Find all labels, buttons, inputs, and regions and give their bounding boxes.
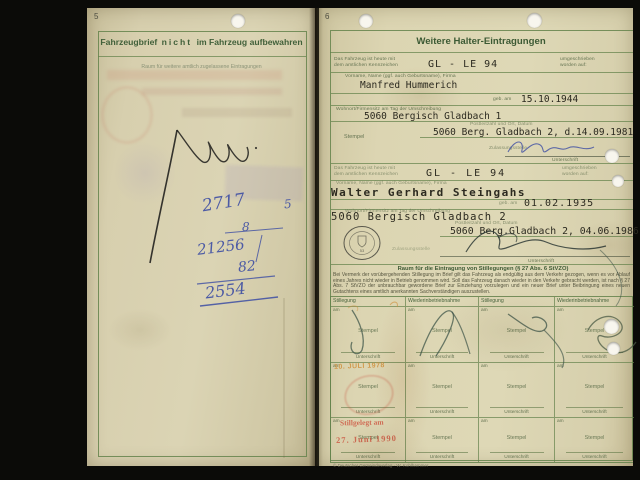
born-value-1: 15.10.1944: [521, 94, 578, 105]
stillgelegt-stamp: Stillgelegt am: [340, 418, 384, 428]
table-cell: am Stempel Unterschrift: [331, 363, 406, 418]
label-vehicle-2b: dem amtlichen Kennzeichen: [334, 172, 398, 178]
table-cell: am Stempel Unterschrift: [555, 307, 634, 363]
am-label: am: [481, 308, 488, 313]
unterschrift-label: Unterschrift: [406, 355, 478, 360]
title-post: im Fahrzeug aufbewahren: [197, 37, 303, 47]
label-born-1: geb. am: [493, 97, 511, 103]
signature-line: [341, 352, 394, 353]
label-office-2: Zulassungsstelle: [392, 247, 430, 253]
unterschrift-label: Unterschrift: [479, 455, 554, 460]
column-header: Wiederinbetriebnahme: [406, 297, 479, 307]
left-page-subtitle: Raum für weitere amtlich zugelassene Ein…: [99, 64, 304, 70]
plate-value-2: GL - LE 94: [426, 168, 506, 179]
signature-line: [566, 452, 623, 453]
punch-hole: [231, 14, 245, 28]
label-name-1: Vorname, Name (ggf. auch Geburtsname), F…: [345, 74, 456, 80]
date-stamp-1990: 27. Juni 1990: [336, 433, 397, 445]
label-stamp-1: Stempel: [344, 134, 364, 140]
document-photo: 5 Fahrzeugbrief nicht im Fahrzeug aufbew…: [0, 0, 640, 480]
unterschrift-label: Unterschrift: [479, 410, 554, 415]
signature-line: [566, 407, 623, 408]
am-label: am: [408, 419, 415, 424]
signature-line: [490, 352, 544, 353]
page-number-left: 5: [94, 12, 98, 21]
table-cell: am Stempel Unterschrift: [406, 418, 479, 462]
name-value-1: Manfred Hummerich: [360, 80, 457, 91]
punch-hole: [359, 14, 373, 28]
punch-hole: [607, 342, 620, 355]
signature-line: [416, 452, 468, 453]
unterschrift-label: Unterschrift: [555, 410, 634, 415]
name-value-2: Walter Gerhard Steingahs: [331, 186, 526, 199]
am-label: am: [557, 364, 564, 369]
stempel-label: Stempel: [555, 328, 634, 334]
am-label: am: [557, 419, 564, 424]
signature-line: [490, 407, 544, 408]
title-pre: Fahrzeugbrief: [100, 37, 157, 47]
stempel-label: Stempel: [555, 435, 634, 441]
stempel-label: Stempel: [331, 384, 405, 390]
stillegung-legal-text: Bei Vermerk der vorübergehenden Stillegu…: [333, 273, 630, 295]
unterschrift-label: Unterschrift: [331, 355, 405, 360]
label-vehicle-1a: Das Fahrzeug ist heute mit: [334, 57, 395, 63]
printer-imprint: © Deutscher Gemeindeverlag · W. Kohlhamm…: [333, 463, 428, 468]
label-transfer-1b: worden auf:: [560, 63, 587, 69]
stempel-label: Stempel: [479, 328, 554, 334]
table-cell: am Stempel Unterschrift: [479, 418, 555, 462]
stempel-label: Stempel: [406, 328, 478, 334]
table-cell: am Stempel Unterschrift: [331, 307, 406, 363]
born-value-2: 01.02.1935: [524, 198, 594, 209]
punch-hole: [612, 175, 624, 187]
left-page-title: Fahrzeugbrief nicht im Fahrzeug aufbewah…: [99, 37, 304, 47]
unterschrift-label: Unterschrift: [406, 455, 478, 460]
column-header: Stillegung: [479, 297, 555, 307]
punch-hole: [604, 319, 619, 334]
column-header: Stillegung: [331, 297, 406, 307]
signature-line: [490, 452, 544, 453]
table-cell: am Stempel Unterschrift: [406, 363, 479, 418]
handwritten-number: 8: [242, 220, 250, 234]
label-transfer-1a: umgeschrieben: [560, 57, 595, 63]
signature-line: [416, 352, 468, 353]
table-cell: am Stempel Unterschrift: [479, 363, 555, 418]
signature-line: [341, 407, 394, 408]
am-label: am: [333, 419, 340, 424]
unterschrift-label: Unterschrift: [555, 355, 634, 360]
plate-value-1: GL - LE 94: [428, 59, 498, 70]
am-label: am: [557, 308, 564, 313]
left-page: 5 Fahrzeugbrief nicht im Fahrzeug aufbew…: [87, 8, 315, 466]
signature-line: [416, 407, 468, 408]
label-transfer-2a: umgeschrieben: [562, 166, 597, 172]
stempel-label: Stempel: [479, 384, 554, 390]
label-vehicle-2a: Das Fahrzeug ist heute mit: [334, 166, 395, 172]
unterschrift-label: Unterschrift: [406, 410, 478, 415]
table-cell: am Stempel Unterschrift: [406, 307, 479, 363]
label-office-1: Zulassungsstelle: [489, 146, 527, 152]
am-label: am: [481, 419, 488, 424]
signature-line: [341, 452, 394, 453]
table-cell: am Stempel Unterschrift: [479, 307, 555, 363]
unterschrift-label: Unterschrift: [479, 355, 554, 360]
stempel-label: Stempel: [555, 384, 634, 390]
page-number-right: 6: [325, 12, 329, 21]
am-label: am: [408, 308, 415, 313]
stempel-label: Stempel: [331, 328, 405, 334]
unterschrift-label: Unterschrift: [331, 455, 405, 460]
unterschrift-label: Unterschrift: [555, 455, 634, 460]
punch-hole: [527, 13, 542, 28]
title-emph: nicht: [162, 37, 193, 47]
am-label: am: [333, 308, 340, 313]
stempel-label: Stempel: [406, 435, 478, 441]
unterschrift-label: Unterschrift: [331, 410, 405, 415]
stempel-label: Stempel: [406, 384, 478, 390]
punch-hole: [605, 149, 619, 163]
table-cell: am Stempel Unterschrift: [555, 363, 634, 418]
column-header: Wiederinbetriebnahme: [555, 297, 634, 307]
am-label: am: [408, 364, 415, 369]
label-born-2: geb. am: [499, 201, 517, 207]
am-label: am: [481, 364, 488, 369]
right-page-title: Weitere Halter-Eintragungen: [331, 36, 631, 47]
handwritten-number: 5: [283, 197, 292, 212]
handwritten-number: 82: [237, 258, 256, 276]
stempel-label: Stempel: [479, 435, 554, 441]
table-cell: am Stempel Unterschrift: [555, 418, 634, 462]
label-vehicle-1b: dem amtlichen Kennzeichen: [334, 63, 398, 69]
label-transfer-2b: worden auf:: [562, 172, 589, 178]
